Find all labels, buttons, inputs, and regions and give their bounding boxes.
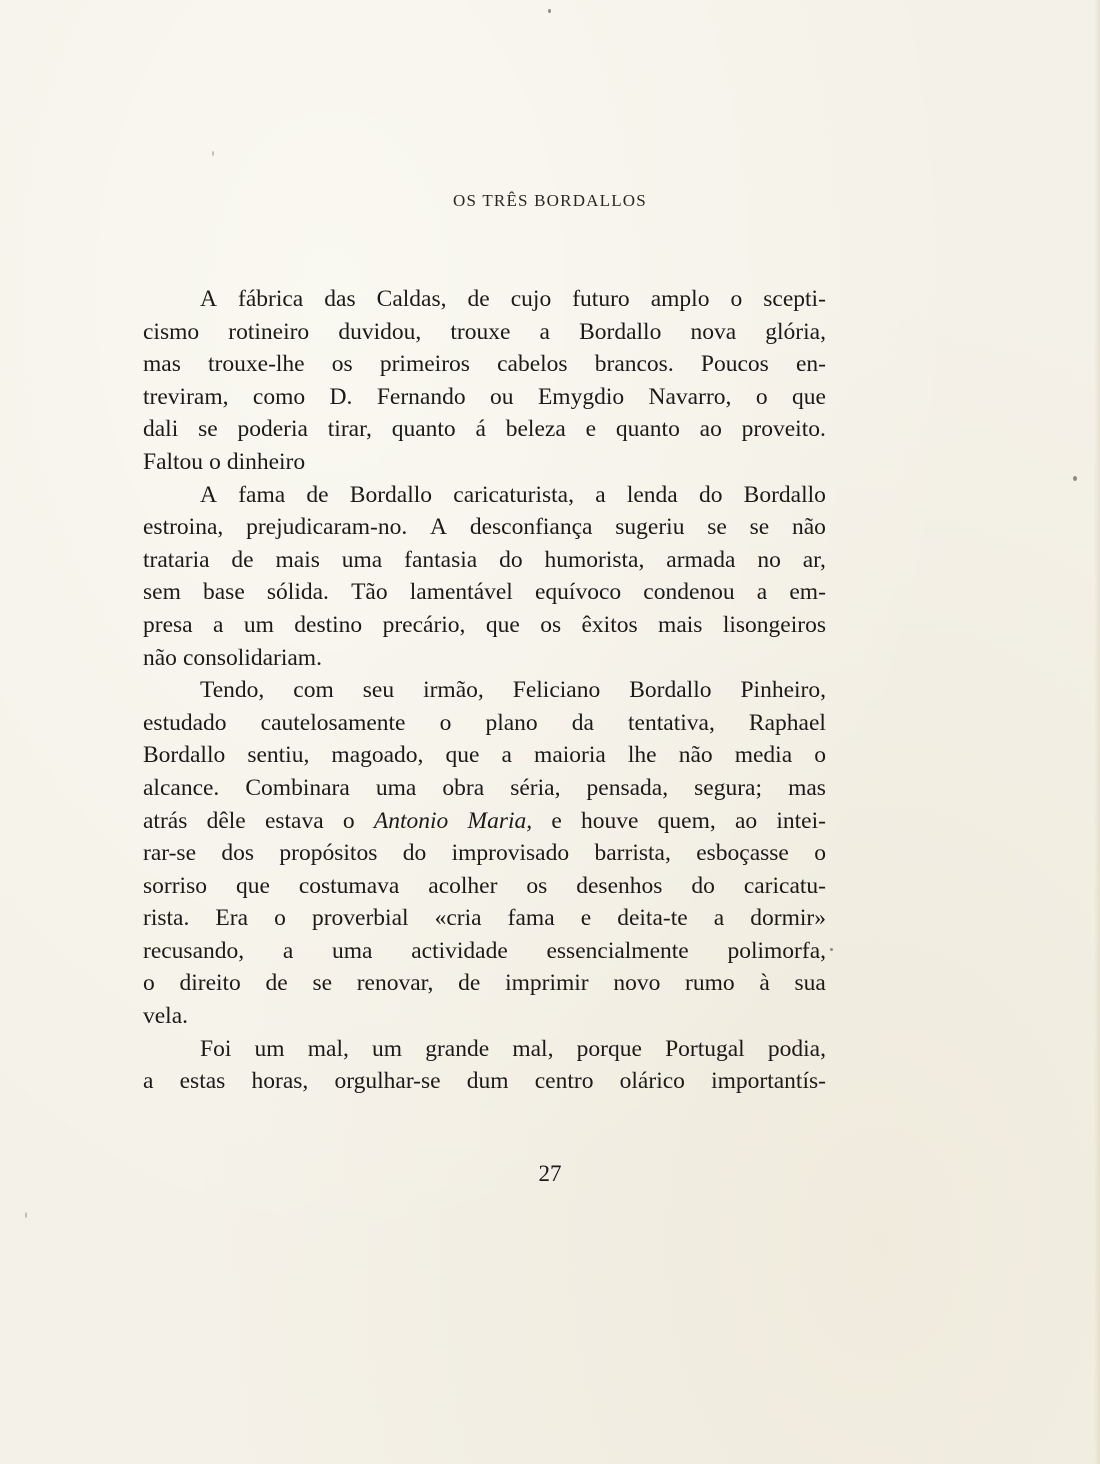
word: essencialmente	[546, 935, 688, 968]
word: cismo	[143, 316, 199, 349]
word: caricatu-	[744, 870, 826, 903]
word: dinheiro	[227, 446, 305, 479]
word: «cria	[435, 902, 482, 935]
word: Poucos	[701, 348, 769, 381]
word: uma	[332, 935, 372, 968]
word: ou	[490, 381, 514, 414]
word: o	[814, 739, 826, 772]
word: os	[540, 609, 561, 642]
text-line: AfábricadasCaldas,decujofuturoamplooscep…	[143, 283, 826, 316]
word: Bordallo	[579, 316, 661, 349]
word: não	[143, 642, 177, 675]
book-page: OS TRÊS BORDALLOS AfábricadasCaldas,decu…	[0, 0, 1100, 1464]
text-line: Tendo,comseuirmão,FelicianoBordalloPinhe…	[143, 674, 826, 707]
word: Combinara	[245, 772, 349, 805]
word: rumo	[685, 967, 735, 1000]
word: glória,	[765, 316, 826, 349]
word: trataria	[143, 544, 210, 577]
word: fama	[508, 902, 555, 935]
word: armada	[666, 544, 735, 577]
word: novo	[613, 967, 660, 1000]
text-line: Faltouodinheiro	[143, 446, 826, 479]
word: rotineiro	[228, 316, 309, 349]
word: humorista,	[545, 544, 645, 577]
word: irmão,	[423, 674, 484, 707]
word: a	[502, 739, 512, 772]
word: importantís-	[711, 1065, 826, 1098]
word: mais	[276, 544, 320, 577]
word: que	[486, 609, 520, 642]
word: sólida.	[267, 576, 329, 609]
text-line: estudadocautelosamenteoplanodatentativa,…	[143, 707, 826, 740]
word: estroina,	[143, 511, 223, 544]
word: imprimir	[505, 967, 589, 1000]
word: um	[244, 609, 274, 642]
word: o	[730, 283, 742, 316]
word: o	[209, 446, 221, 479]
word: sua	[795, 967, 826, 1000]
word: duvidou,	[338, 316, 421, 349]
word: brancos.	[595, 348, 674, 381]
word: o	[343, 805, 355, 838]
text-line: mastrouxe-lheosprimeiroscabelosbrancos.P…	[143, 348, 826, 381]
word: mal,	[308, 1033, 349, 1066]
word: um	[255, 1033, 285, 1066]
italic-title-word: Antonio	[374, 805, 448, 838]
word: treviram,	[143, 381, 228, 414]
word: esboçasse	[696, 837, 789, 870]
word: en-	[796, 348, 826, 381]
word: proveito.	[742, 413, 826, 446]
text-line: AfamadeBordallocaricaturista,alendadoBor…	[143, 479, 826, 512]
word: centro	[535, 1065, 594, 1098]
text-line: tratariademaisumafantasiadohumorista,arm…	[143, 544, 826, 577]
paper-speck	[1073, 476, 1077, 481]
word: houve	[581, 805, 638, 838]
word: scepti-	[763, 283, 826, 316]
word: Bordallo	[629, 674, 711, 707]
word: podia,	[768, 1033, 826, 1066]
word: cautelosamente	[261, 707, 406, 740]
body-text: AfábricadasCaldas,decujofuturoamplooscep…	[143, 283, 826, 1098]
word: maioria	[534, 739, 606, 772]
word: os	[526, 870, 547, 903]
word: á	[475, 413, 485, 446]
word: cabelos	[497, 348, 567, 381]
word: a	[757, 576, 767, 609]
word: dos	[221, 837, 254, 870]
word: que	[236, 870, 270, 903]
word: vela.	[143, 1000, 188, 1033]
word: amplo	[651, 283, 710, 316]
text-line: rista.Eraoproverbial«criafamaedeita-tead…	[143, 902, 826, 935]
word: em-	[789, 576, 826, 609]
word: se	[750, 511, 770, 544]
word: Caldas,	[377, 283, 447, 316]
word: uma	[376, 772, 416, 805]
word: polimorfa,	[727, 935, 826, 968]
word: plano	[485, 707, 537, 740]
word: o	[440, 707, 452, 740]
word: desconfiança	[470, 511, 593, 544]
word: Feliciano	[513, 674, 600, 707]
word: Bordallo	[350, 479, 432, 512]
word: de	[458, 967, 480, 1000]
word: Navarro,	[649, 381, 732, 414]
word: lamentável	[410, 576, 513, 609]
text-line: Bordallosentiu,magoado,queamaiorialhenão…	[143, 739, 826, 772]
word: estas	[180, 1065, 226, 1098]
word: improvisado	[452, 837, 570, 870]
word: Faltou	[143, 446, 203, 479]
word: tirar,	[328, 413, 372, 446]
text-line: estroina,prejudicaram-no.Adesconfiançasu…	[143, 511, 826, 544]
word: D.	[330, 381, 353, 414]
word: direito	[179, 967, 240, 1000]
word: renovar,	[357, 967, 434, 1000]
word: não	[792, 511, 826, 544]
word: quanto	[392, 413, 456, 446]
word: intei-	[776, 805, 826, 838]
word: trouxe	[450, 316, 510, 349]
word: destino	[294, 609, 362, 642]
word: deita-te	[617, 902, 687, 935]
word: a	[540, 316, 550, 349]
word: mal,	[512, 1033, 553, 1066]
word: prejudicaram-no.	[246, 511, 407, 544]
word: Foi	[200, 1033, 231, 1066]
paper-speck	[830, 948, 833, 951]
text-line: vela.	[143, 1000, 826, 1033]
word: mais	[658, 609, 702, 642]
word: ao	[700, 413, 722, 446]
word: os	[332, 348, 353, 381]
word: costumava	[299, 870, 400, 903]
word: propósitos	[279, 837, 377, 870]
text-line: treviram,comoD.FernandoouEmygdioNavarro,…	[143, 381, 826, 414]
word: o	[274, 902, 286, 935]
word: Tão	[351, 576, 388, 609]
word: fama	[238, 479, 285, 512]
word: não	[679, 739, 713, 772]
text-line: atrásdêleestavaoAntonioMaria,ehouvequem,…	[143, 805, 826, 838]
word: barrista,	[594, 837, 670, 870]
word: Pinheiro,	[740, 674, 826, 707]
word: Era	[215, 902, 248, 935]
word: ar,	[803, 544, 826, 577]
word: a	[213, 609, 223, 642]
word: que	[446, 739, 480, 772]
running-head: OS TRÊS BORDALLOS	[0, 191, 1100, 211]
word: sugeriu	[615, 511, 684, 544]
text-line: dalisepoderiatirar,quantoábelezaequantoa…	[143, 413, 826, 446]
word: a	[714, 902, 724, 935]
word: do	[699, 479, 723, 512]
word: recusando,	[143, 935, 244, 968]
word: dormir»	[750, 902, 826, 935]
word: base	[203, 576, 245, 609]
text-line: rar-sedospropósitosdoimprovisadobarrista…	[143, 837, 826, 870]
word: grande	[425, 1033, 489, 1066]
word: se	[198, 413, 218, 446]
text-line: recusando,aumaactividadeessencialmentepo…	[143, 935, 826, 968]
word: Tendo,	[200, 674, 264, 707]
word: dum	[467, 1065, 509, 1098]
word: sem	[143, 576, 181, 609]
word: quem,	[658, 805, 716, 838]
word: poderia	[237, 413, 307, 446]
word: e	[581, 902, 591, 935]
word: segura;	[694, 772, 762, 805]
word: tentativa,	[628, 707, 715, 740]
word: porque	[577, 1033, 642, 1066]
italic-title-word: Maria,	[468, 805, 533, 838]
word: olárico	[620, 1065, 685, 1098]
text-line: sorrisoquecostumavaacolherosdesenhosdoca…	[143, 870, 826, 903]
word: quanto	[616, 413, 680, 446]
word: acolher	[428, 870, 497, 903]
word: no	[757, 544, 781, 577]
word: alcance.	[143, 772, 219, 805]
text-line: aestashoras,orgulhar-sedumcentrooláricoi…	[143, 1065, 826, 1098]
word: orgulhar-se	[334, 1065, 440, 1098]
word: cujo	[511, 283, 551, 316]
word: desenhos	[576, 870, 662, 903]
word: a	[283, 935, 293, 968]
word: primeiros	[380, 348, 470, 381]
word: o	[756, 381, 768, 414]
page-number: 27	[0, 1161, 1100, 1187]
word: actividade	[411, 935, 508, 968]
text-line: alcance.Combinaraumaobraséria,pensada,se…	[143, 772, 826, 805]
word: obra	[442, 772, 484, 805]
word: dêle	[207, 805, 246, 838]
word: um	[372, 1033, 402, 1066]
word: séria,	[510, 772, 560, 805]
word: condenou	[643, 576, 734, 609]
word: Emygdio	[538, 381, 624, 414]
word: o	[814, 837, 826, 870]
paper-speck	[212, 151, 214, 156]
word: media	[735, 739, 792, 772]
word: lhe	[628, 739, 657, 772]
word: lenda	[627, 479, 678, 512]
word: A	[430, 511, 447, 544]
word: a	[143, 1065, 153, 1098]
word: presa	[143, 609, 193, 642]
word: uma	[342, 544, 382, 577]
text-line: nãoconsolidariam.	[143, 642, 826, 675]
word: fantasia	[404, 544, 477, 577]
word: o	[143, 967, 155, 1000]
word: A	[200, 479, 217, 512]
word: Portugal	[665, 1033, 745, 1066]
word: beleza	[506, 413, 566, 446]
word: das	[324, 283, 355, 316]
word: rista.	[143, 902, 189, 935]
word: pensada,	[587, 772, 669, 805]
word: futuro	[572, 283, 629, 316]
word: de	[468, 283, 490, 316]
word: estava	[265, 805, 324, 838]
word: horas,	[252, 1065, 309, 1098]
word: se	[707, 511, 727, 544]
word: êxitos	[582, 609, 638, 642]
word: atrás	[143, 805, 187, 838]
word: magoado,	[331, 739, 423, 772]
word: e	[551, 805, 561, 838]
word: Raphael	[749, 707, 826, 740]
text-line: odireitodeserenovar,deimprimirnovorumoàs…	[143, 967, 826, 1000]
word: rar-se	[143, 837, 196, 870]
word: ao	[735, 805, 757, 838]
word: mas	[143, 348, 181, 381]
word: da	[572, 707, 594, 740]
word: de	[231, 544, 253, 577]
word: que	[792, 381, 826, 414]
word: dali	[143, 413, 178, 446]
word: como	[253, 381, 305, 414]
paper-speck	[548, 9, 551, 13]
word: do	[499, 544, 523, 577]
text-line: Foiummal,umgrandemal,porquePortugalpodia…	[143, 1033, 826, 1066]
word: nova	[690, 316, 736, 349]
page-edge-shadow	[1094, 0, 1100, 1464]
word: sentiu,	[247, 739, 309, 772]
word: à	[759, 967, 769, 1000]
word: de	[306, 479, 328, 512]
word: estudado	[143, 707, 227, 740]
word: caricaturista,	[453, 479, 574, 512]
word: proverbial	[312, 902, 409, 935]
word: trouxe-lhe	[208, 348, 305, 381]
text-line: presaaumdestinoprecário,queosêxitosmaisl…	[143, 609, 826, 642]
text-line: sembasesólida.Tãolamentávelequívococonde…	[143, 576, 826, 609]
word: equívoco	[535, 576, 621, 609]
word: fábrica	[238, 283, 303, 316]
word: do	[691, 870, 715, 903]
word: Bordallo	[143, 739, 225, 772]
word: A	[200, 283, 217, 316]
word: Fernando	[377, 381, 466, 414]
word: sorriso	[143, 870, 207, 903]
word: mas	[788, 772, 826, 805]
word: seu	[363, 674, 394, 707]
text-line: cismorotineiroduvidou,trouxeaBordallonov…	[143, 316, 826, 349]
word: a	[595, 479, 605, 512]
word: precário,	[383, 609, 466, 642]
word: se	[312, 967, 332, 1000]
word: Bordallo	[744, 479, 826, 512]
paper-speck	[25, 1212, 27, 1218]
word: de	[266, 967, 288, 1000]
word: do	[403, 837, 427, 870]
word: consolidariam.	[183, 642, 322, 675]
word: e	[586, 413, 596, 446]
word: lisongeiros	[723, 609, 826, 642]
word: com	[293, 674, 333, 707]
